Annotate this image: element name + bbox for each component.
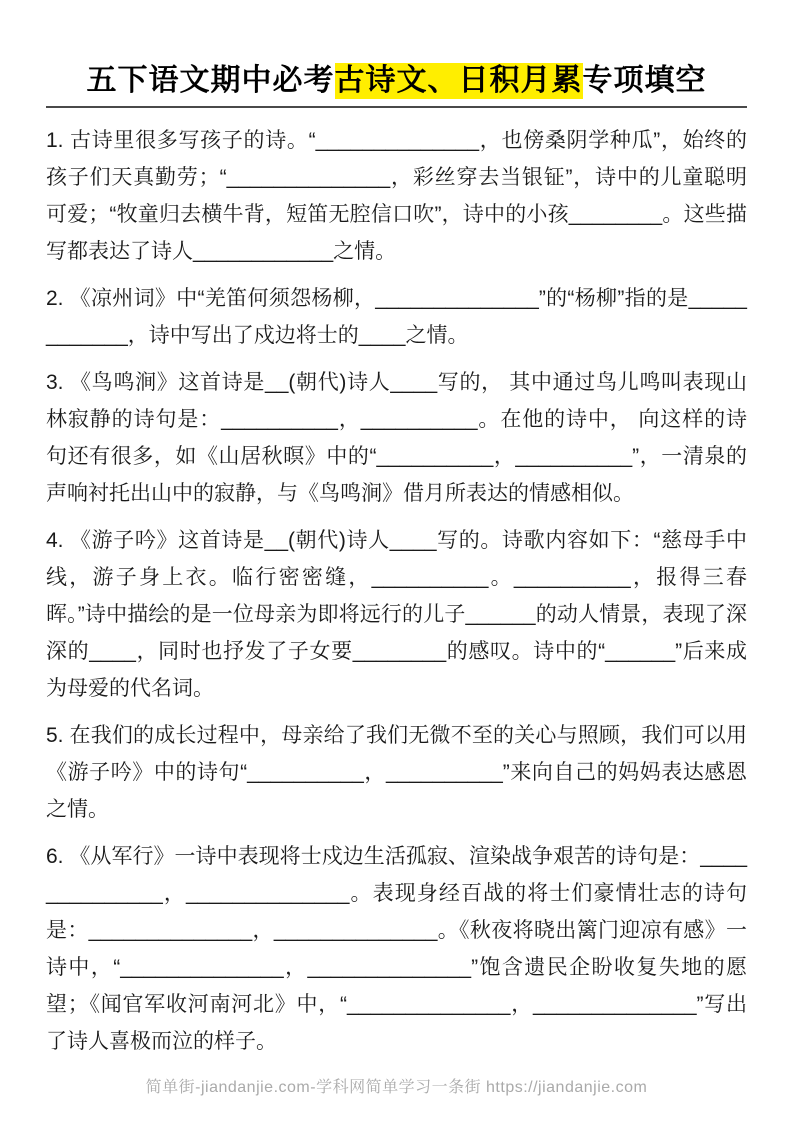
question-item-5: 5. 在我们的成长过程中，母亲给了我们无微不至的关心与照顾，我们可以用《游子吟》…	[46, 717, 747, 828]
question-item-1: 1. 古诗里很多写孩子的诗。“______________，也傍桑阴学种瓜”，始…	[46, 122, 747, 270]
question-item-4: 4. 《游子吟》这首诗是__(朝代)诗人____写的。诗歌内容如下：“慈母手中线…	[46, 522, 747, 707]
title-prefix: 五下语文期中必考	[87, 64, 335, 97]
title-suffix: 专项填空	[583, 64, 707, 97]
title-divider	[46, 106, 747, 108]
question-item-6: 6. 《从军行》一诗中表现将士戍边生活孤寂、渲染战争艰苦的诗句是：_______…	[46, 838, 747, 1060]
question-item-2: 2. 《凉州词》中“羌笛何须怨杨柳，______________”的“杨柳”指的…	[46, 280, 747, 354]
page-title: 五下语文期中必考古诗文、日积月累专项填空	[46, 64, 747, 99]
worksheet-body: 1. 古诗里很多写孩子的诗。“______________，也傍桑阴学种瓜”，始…	[46, 122, 747, 1060]
question-item-3: 3. 《鸟鸣涧》这首诗是__(朝代)诗人____写的， 其中通过鸟儿鸣叫表现山林…	[46, 364, 747, 512]
title-highlight: 古诗文、日积月累	[335, 63, 583, 99]
footer-watermark: 简单街-jiandanjie.com-学科网简单学习一条街 https://ji…	[0, 1074, 793, 1097]
worksheet-page: 五下语文期中必考古诗文、日积月累专项填空 1. 古诗里很多写孩子的诗。“____…	[0, 0, 793, 1121]
